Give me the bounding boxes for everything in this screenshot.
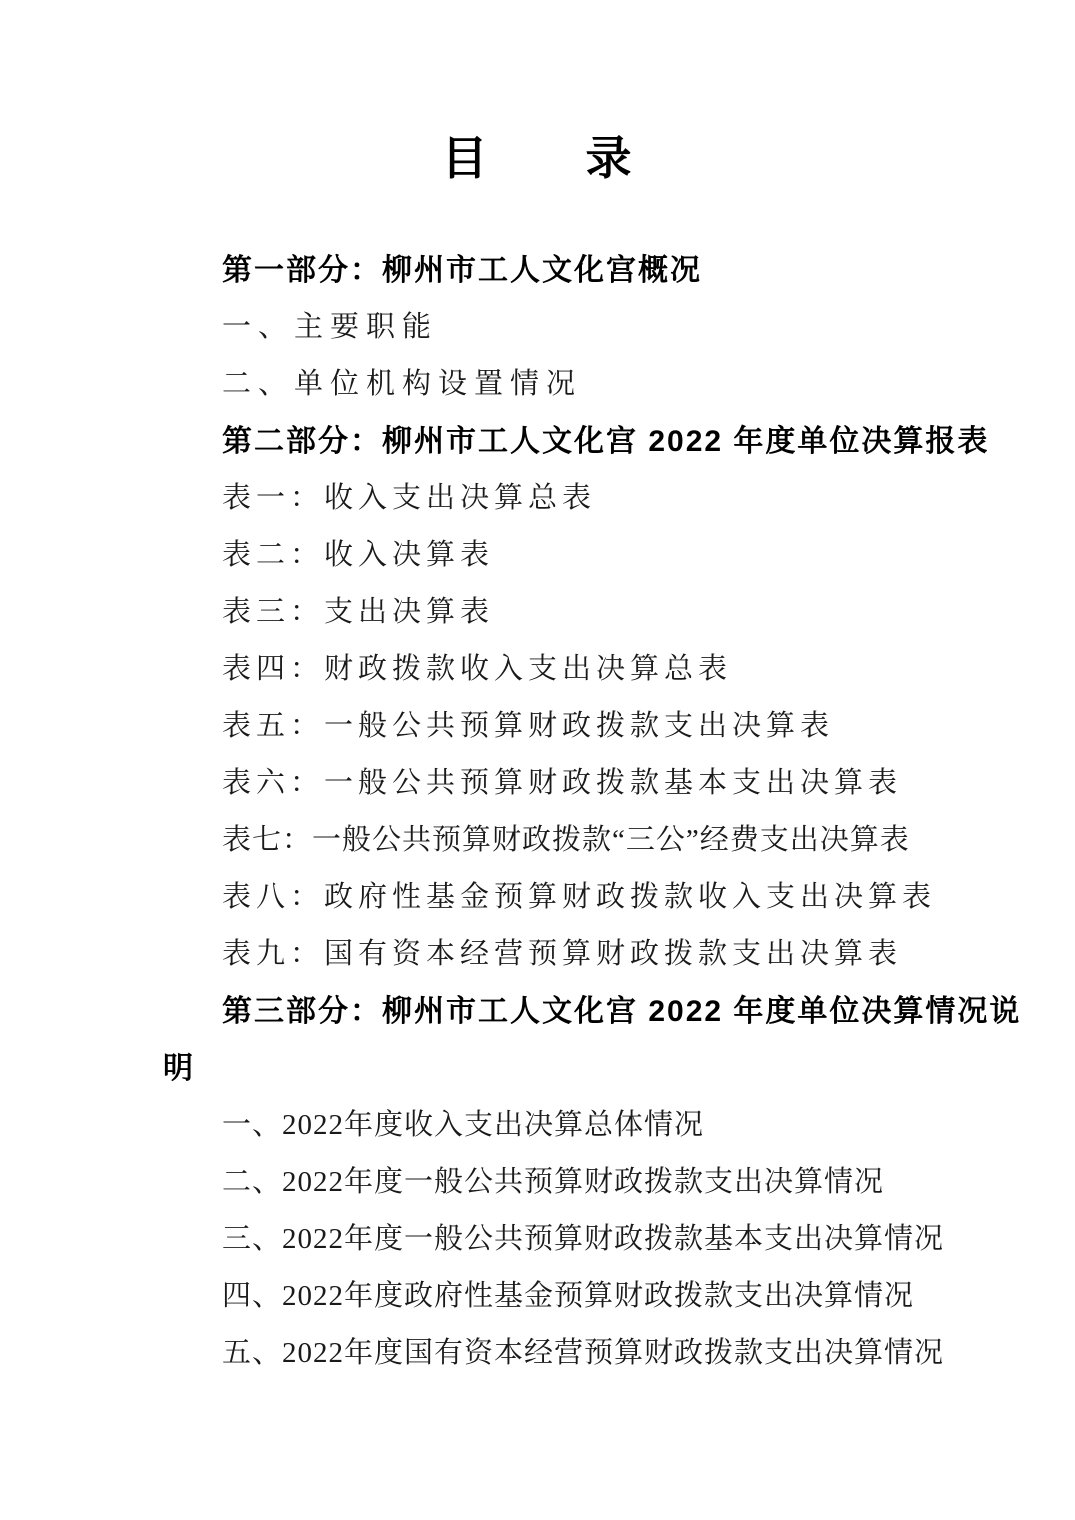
toc-entry-table8: 表八：政府性基金预算财政拨款收入支出决算表 (163, 869, 975, 926)
toc-entry-government-fund-expenditure: 四、2022年度政府性基金预算财政拨款支出决算情况 (163, 1268, 975, 1325)
toc-entry-table7: 表七：一般公共预算财政拨款“三公”经费支出决算表 (163, 812, 975, 869)
toc-entry-main-functions: 一、主要职能 (163, 299, 975, 356)
toc-entry-table1: 表一：收入支出决算总表 (163, 470, 975, 527)
toc-entry-general-budget-basic-expenditure: 三、2022年度一般公共预算财政拨款基本支出决算情况 (163, 1211, 975, 1268)
toc-entry-table4: 表四：财政拨款收入支出决算总表 (163, 641, 975, 698)
toc-entry-table6: 表六：一般公共预算财政拨款基本支出决算表 (163, 755, 975, 812)
toc-entry-general-budget-expenditure: 二、2022年度一般公共预算财政拨款支出决算情况 (163, 1154, 975, 1211)
toc-entry-table9: 表九：国有资本经营预算财政拨款支出决算表 (163, 926, 975, 983)
page-title: 目 录 (0, 0, 1075, 188)
toc-entry-table3: 表三：支出决算表 (163, 584, 975, 641)
toc-entry-org-structure: 二、单位机构设置情况 (163, 356, 975, 413)
toc-entry-table2: 表二：收入决算表 (163, 527, 975, 584)
toc-entry-overall-situation: 一、2022年度收入支出决算总体情况 (163, 1097, 975, 1154)
toc-part1-heading: 第一部分：柳州市工人文化宫概况 (163, 242, 975, 299)
toc-entry-state-capital-expenditure: 五、2022年度国有资本经营预算财政拨款支出决算情况 (163, 1325, 975, 1382)
toc-part3-heading-continuation: 明 (163, 1040, 975, 1097)
table-of-contents: 第一部分：柳州市工人文化宫概况 一、主要职能 二、单位机构设置情况 第二部分：柳… (0, 242, 1075, 1382)
toc-part3-heading: 第三部分：柳州市工人文化宫 2022 年度单位决算情况说 (163, 983, 975, 1040)
toc-part2-heading: 第二部分：柳州市工人文化宫 2022 年度单位决算报表 (163, 413, 975, 470)
toc-entry-table5: 表五：一般公共预算财政拨款支出决算表 (163, 698, 975, 755)
document-page: 目 录 第一部分：柳州市工人文化宫概况 一、主要职能 二、单位机构设置情况 第二… (0, 0, 1075, 1520)
